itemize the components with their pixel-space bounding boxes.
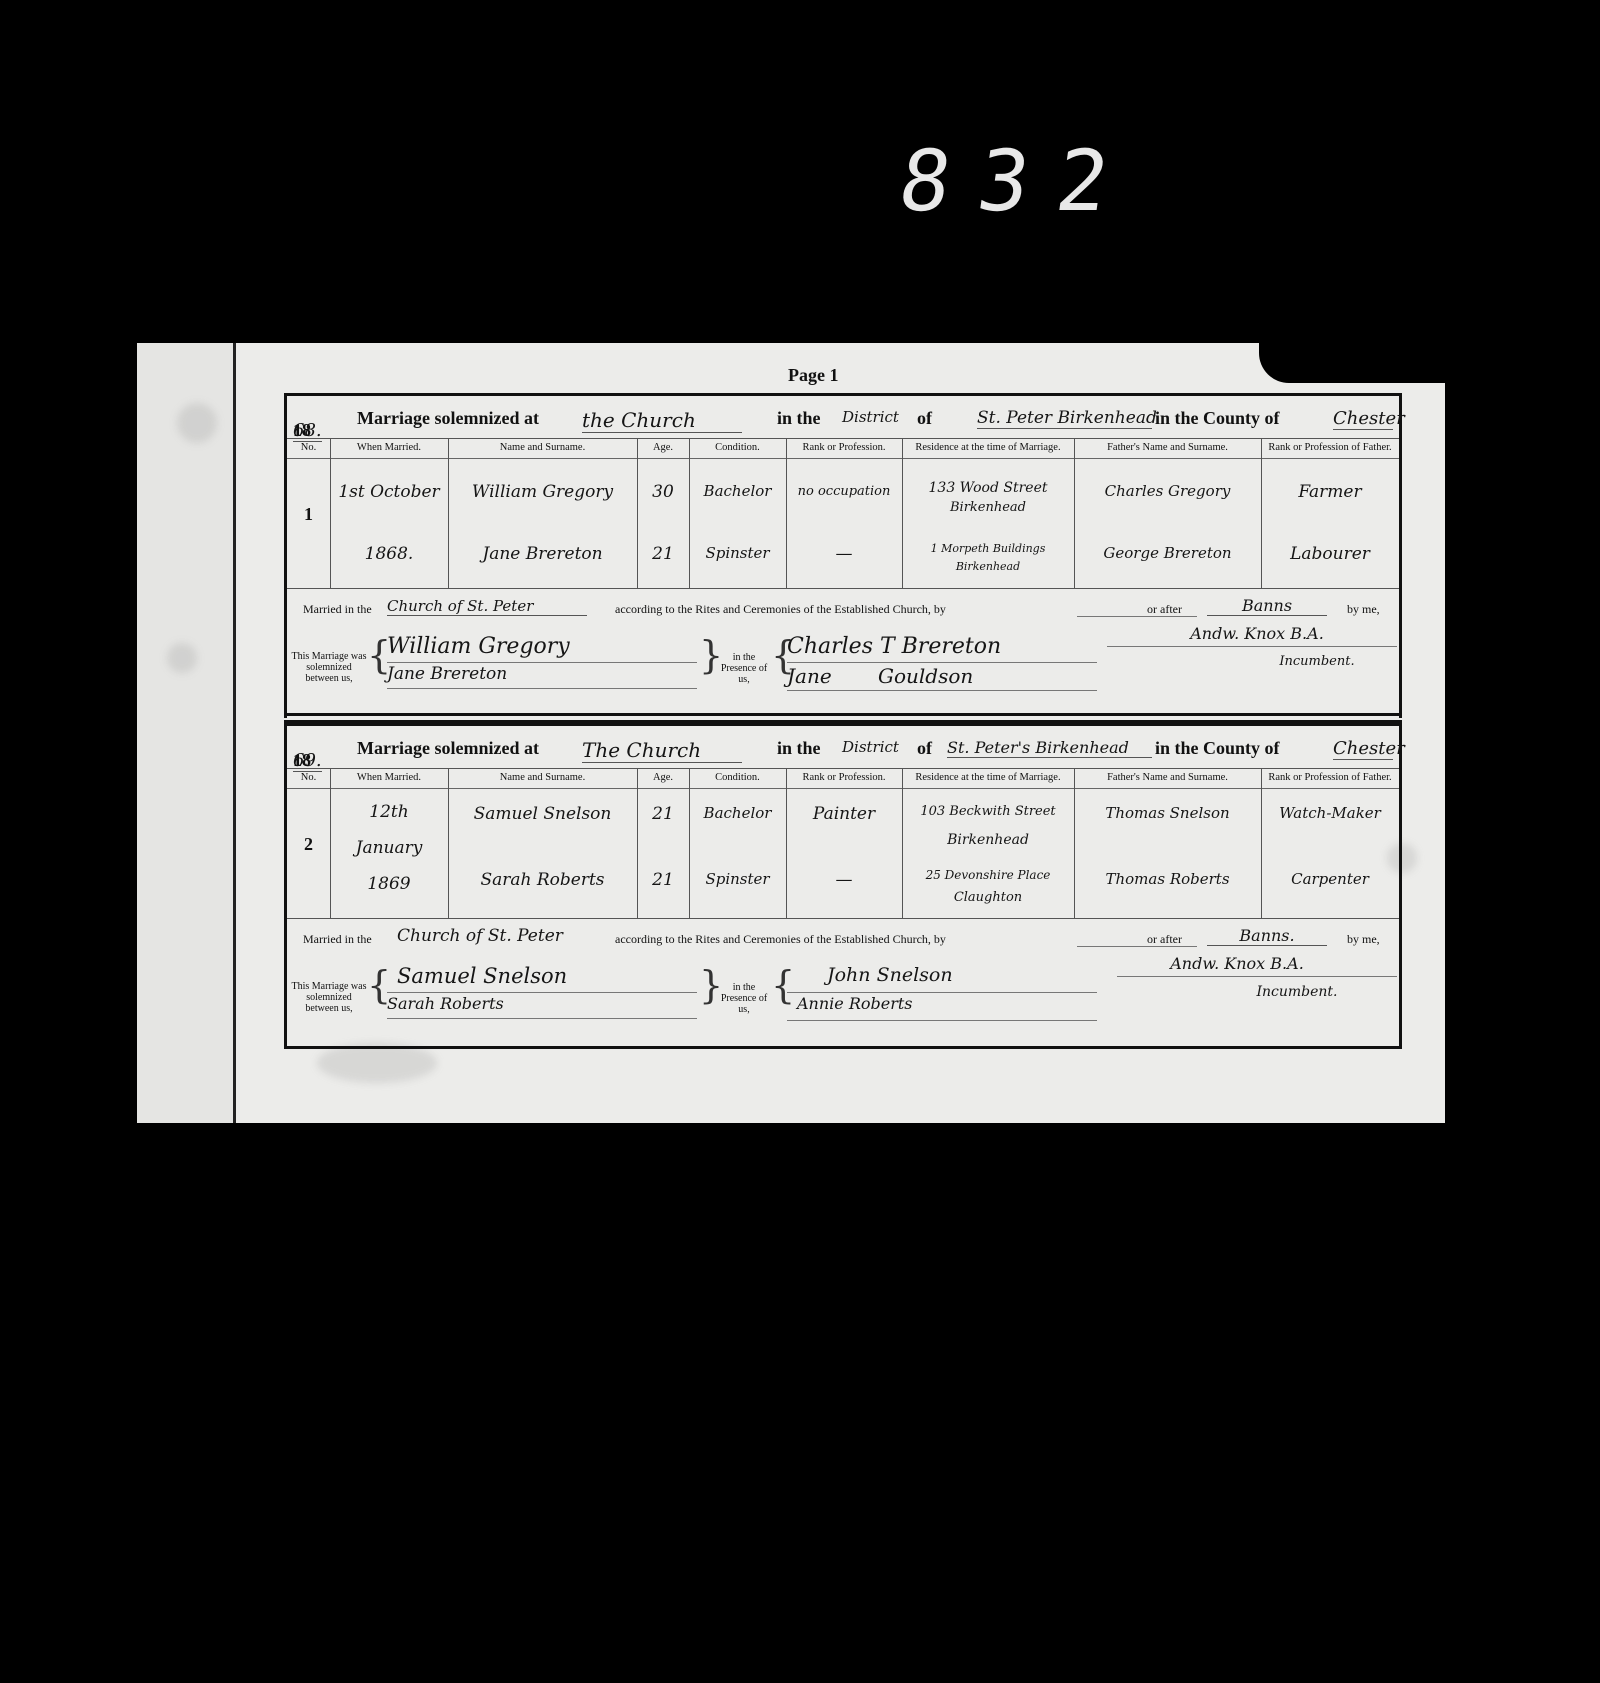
bride-profession: — (786, 544, 902, 564)
page-label: Page 1 (788, 365, 838, 386)
when-married-day: 12th (330, 802, 448, 822)
groom-residence-line1: 133 Wood Street (902, 480, 1074, 496)
groom-father-profession: Farmer (1261, 482, 1399, 502)
witness-1: Charles T Brereton (787, 634, 1077, 659)
married-in-church: Church of St. Peter (397, 926, 597, 946)
bride-condition: Spinster (689, 544, 786, 562)
groom-residence-line1: 103 Beckwith Street (902, 804, 1074, 819)
groom-condition: Bachelor (689, 804, 786, 822)
when-married-month: January (330, 838, 448, 858)
groom-profession: no occupation (786, 484, 902, 499)
bride-signature: Jane Brereton (387, 664, 657, 684)
bride-name: Jane Brereton (448, 544, 637, 564)
marriage-entry-2: 1869. Marriage solemnized at The Church … (284, 723, 1402, 1049)
officiant-signature: Andw. Knox B.A. (1157, 624, 1357, 643)
groom-residence-line2: Birkenhead (902, 500, 1074, 515)
bride-residence-line1: 25 Devonshire Place (902, 868, 1074, 882)
groom-age: 30 (637, 482, 689, 502)
when-married-day: 1st October (330, 482, 448, 502)
bride-residence-line1: 1 Morpeth Buildings (902, 542, 1074, 555)
bride-name: Sarah Roberts (448, 870, 637, 890)
witness-2: Jane Gouldson (787, 664, 1077, 688)
banns: Banns. (1207, 926, 1327, 946)
groom-father: Charles Gregory (1074, 482, 1261, 500)
groom-name: Samuel Snelson (448, 804, 637, 824)
bride-father-profession: Labourer (1261, 544, 1399, 564)
torn-corner (1259, 343, 1529, 383)
bride-father: Thomas Roberts (1074, 870, 1261, 888)
microfilm-frame-number: 832 (893, 132, 1142, 230)
married-in-church: Church of St. Peter (387, 597, 587, 616)
entry-title-row: 1868. Marriage solemnized at the Church … (287, 396, 1399, 439)
groom-signature: William Gregory (387, 634, 657, 659)
binding-spine (233, 343, 236, 1123)
marriage-entry-1: 1868. Marriage solemnized at the Church … (284, 393, 1402, 718)
bride-residence-line2: Claughton (902, 890, 1074, 905)
entry-number: 1 (287, 504, 330, 525)
binding-margin (137, 343, 233, 1123)
groom-name: William Gregory (448, 482, 637, 502)
column-header-row: No. When Married. Name and Surname. Age.… (287, 768, 1399, 789)
bride-profession: — (786, 870, 902, 890)
groom-signature: Samuel Snelson (397, 964, 667, 988)
banns: Banns (1207, 596, 1327, 616)
column-header-row: No. When Married. Name and Surname. Age.… (287, 438, 1399, 459)
bride-father: George Brereton (1074, 544, 1261, 562)
groom-age: 21 (637, 804, 689, 824)
officiant-title: Incumbent. (1227, 984, 1367, 1000)
groom-father: Thomas Snelson (1074, 804, 1261, 822)
bride-age: 21 (637, 544, 689, 564)
bride-age: 21 (637, 870, 689, 890)
witness-2: Annie Roberts (797, 994, 1047, 1013)
bride-condition: Spinster (689, 870, 786, 888)
when-married-year: 1868. (330, 544, 448, 564)
when-married-year: 1869 (330, 874, 448, 894)
entry-title-row: 1869. Marriage solemnized at The Church … (287, 726, 1399, 769)
groom-condition: Bachelor (689, 482, 786, 500)
entry-number: 2 (287, 834, 330, 855)
bride-signature: Sarah Roberts (387, 994, 657, 1013)
officiant-title: Incumbent. (1247, 654, 1387, 669)
groom-profession: Painter (786, 804, 902, 824)
officiant-signature: Andw. Knox B.A. (1137, 954, 1337, 973)
witness-1: John Snelson (827, 964, 1077, 986)
groom-father-profession: Watch-Maker (1261, 804, 1399, 822)
bride-father-profession: Carpenter (1261, 870, 1399, 888)
groom-residence-line2: Birkenhead (902, 832, 1074, 848)
bride-residence-line2: Birkenhead (902, 560, 1074, 573)
